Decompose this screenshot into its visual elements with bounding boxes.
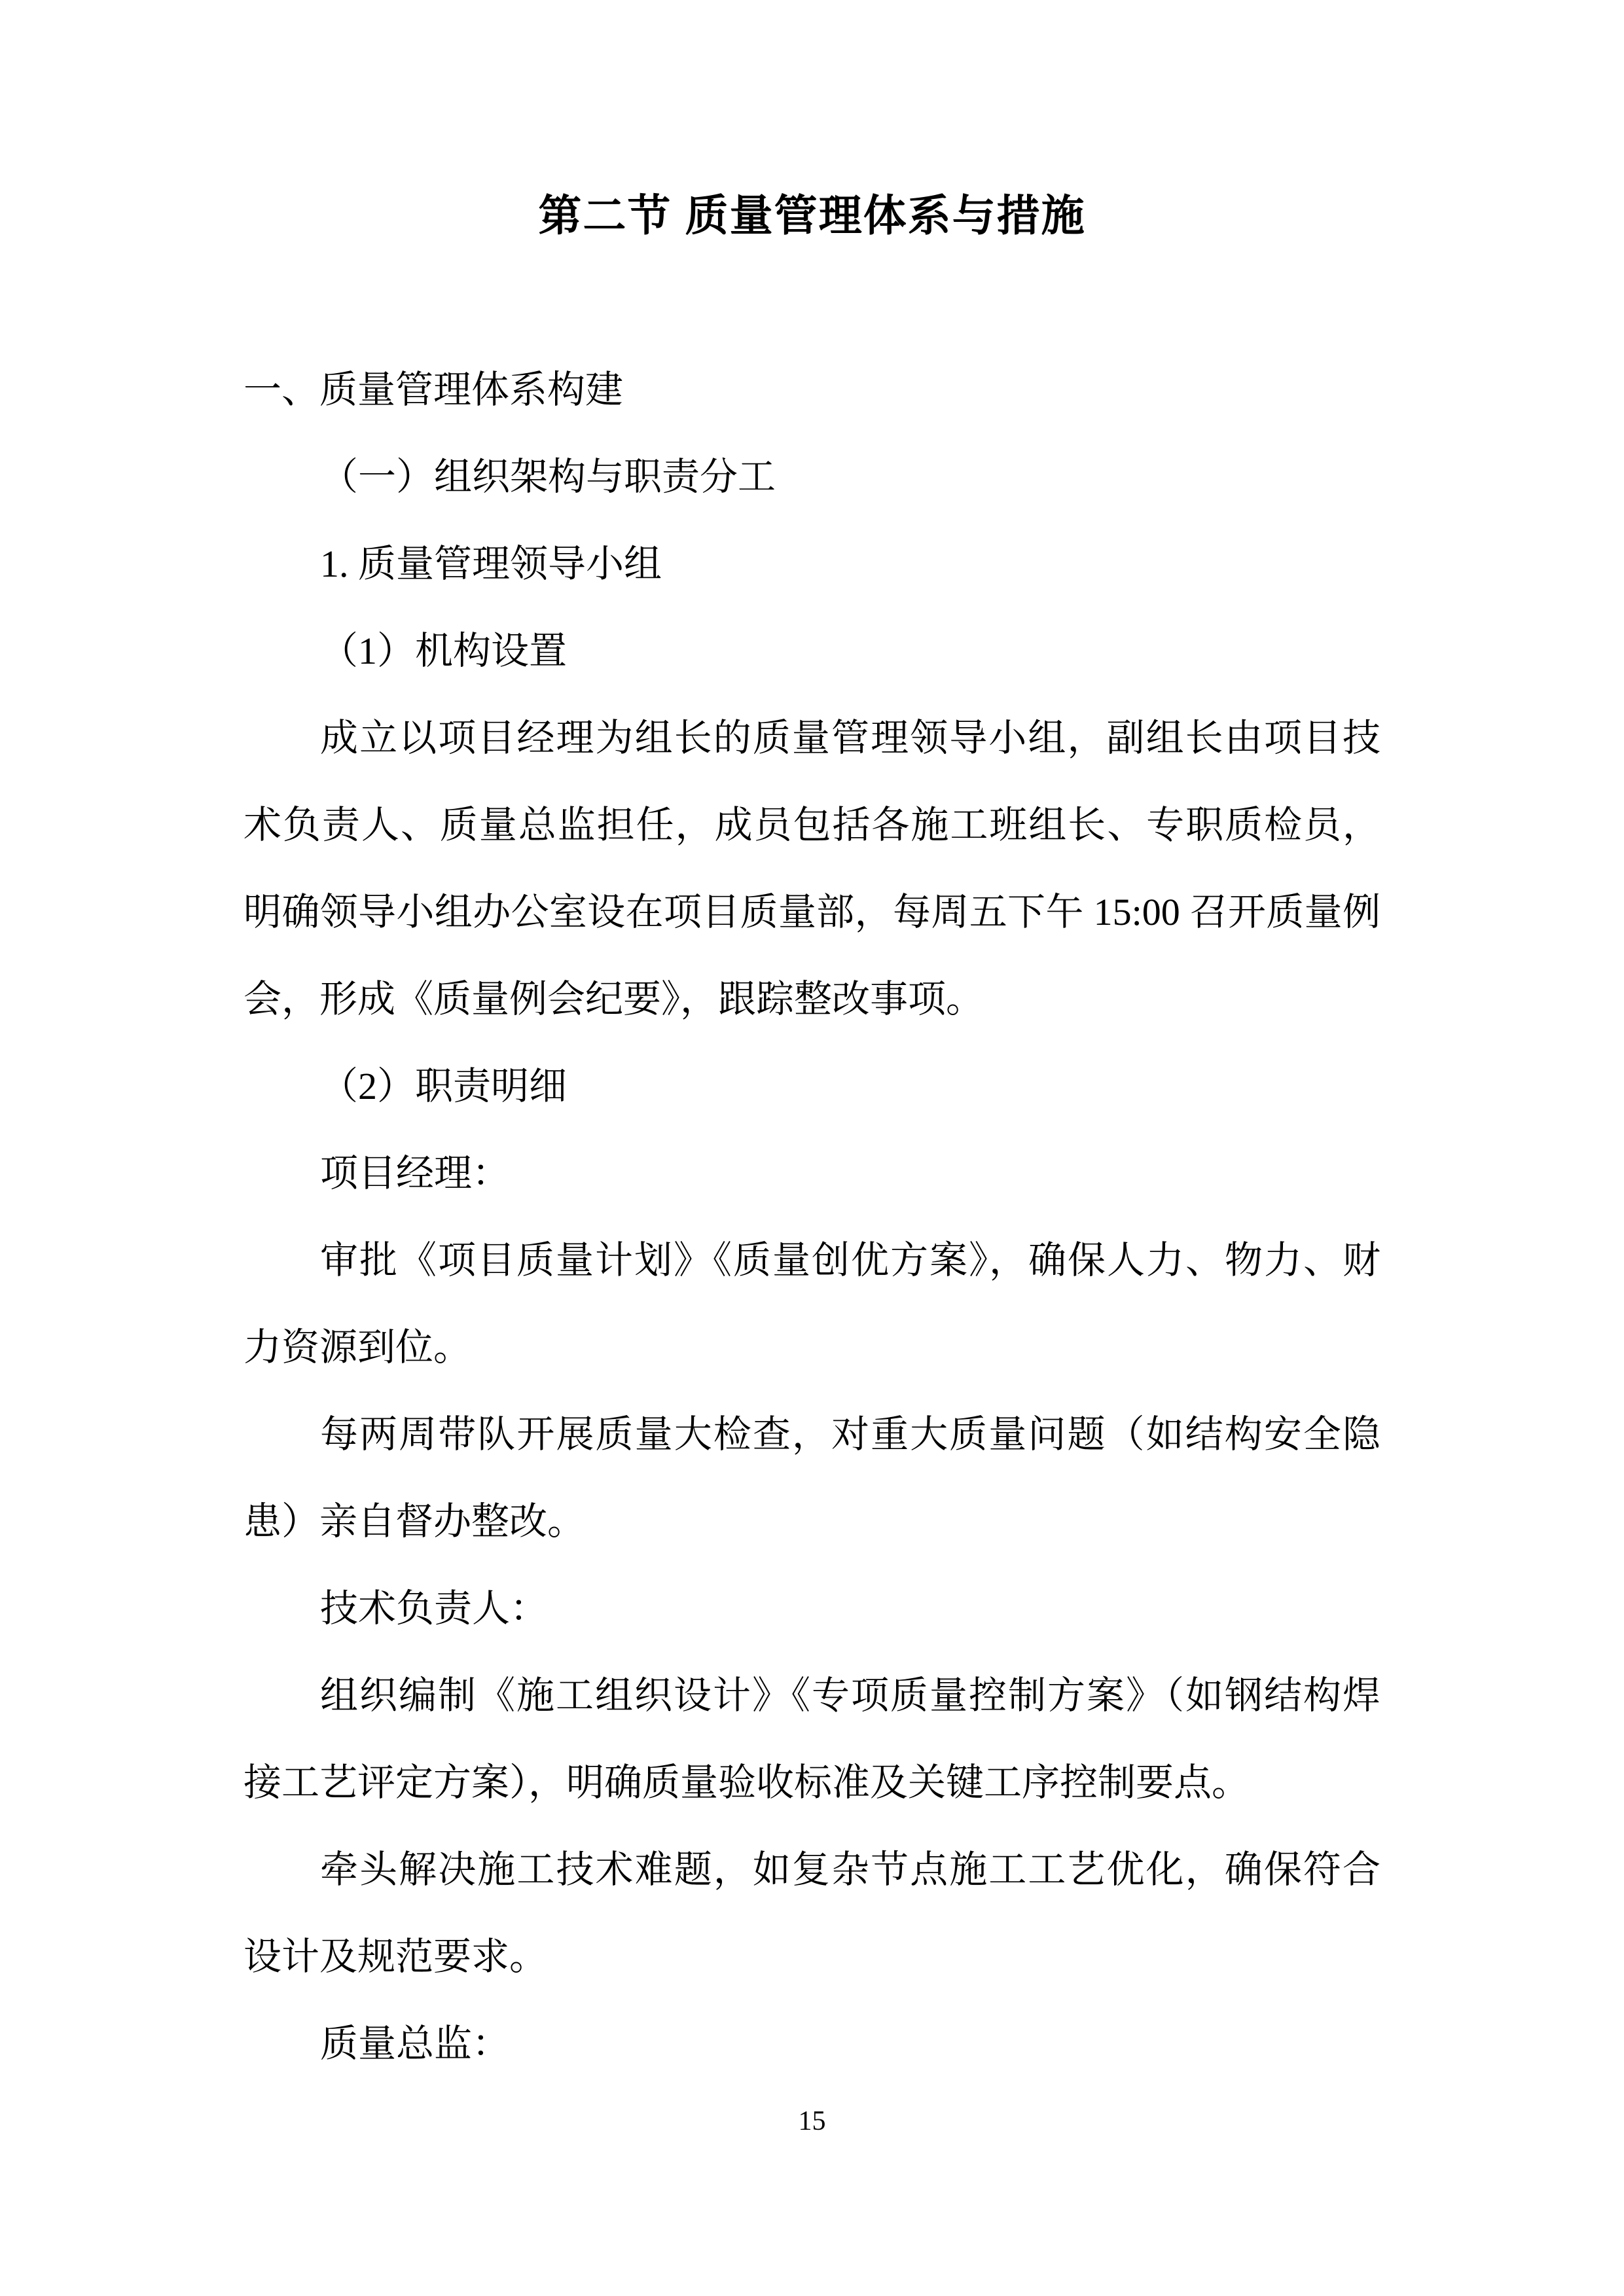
body-paragraph: 组织编制《施工组织设计》《专项质量控制方案》（如钢结构焊接工艺评定方案），明确质…	[244, 1652, 1380, 1826]
page-number: 15	[0, 2106, 1624, 2136]
heading-level-4: （2）职责明细	[244, 1043, 1380, 1130]
document-page: 第二节 质量管理体系与措施 一、质量管理体系构建 （一）组织架构与职责分工 1.…	[0, 0, 1624, 2296]
body-paragraph: 成立以项目经理为组长的质量管理领导小组，副组长由项目技术负责人、质量总监担任，成…	[244, 694, 1380, 1043]
document-body: 一、质量管理体系构建 （一）组织架构与职责分工 1. 质量管理领导小组 （1）机…	[244, 346, 1380, 2087]
role-label-paragraph: 技术负责人：	[244, 1565, 1380, 1652]
heading-level-2: （一）组织架构与职责分工	[244, 433, 1380, 520]
section-title: 第二节 质量管理体系与措施	[0, 0, 1624, 243]
heading-level-3: 1. 质量管理领导小组	[244, 520, 1380, 607]
role-label-paragraph: 质量总监：	[244, 2000, 1380, 2087]
body-paragraph: 审批《项目质量计划》《质量创优方案》，确保人力、物力、财力资源到位。	[244, 1217, 1380, 1391]
body-paragraph: 每两周带队开展质量大检查，对重大质量问题（如结构安全隐患）亲自督办整改。	[244, 1391, 1380, 1565]
body-paragraph: 牵头解决施工技术难题，如复杂节点施工工艺优化，确保符合设计及规范要求。	[244, 1826, 1380, 2000]
heading-level-4: （1）机构设置	[244, 607, 1380, 694]
heading-level-1: 一、质量管理体系构建	[244, 346, 1380, 433]
role-label-paragraph: 项目经理：	[244, 1130, 1380, 1217]
